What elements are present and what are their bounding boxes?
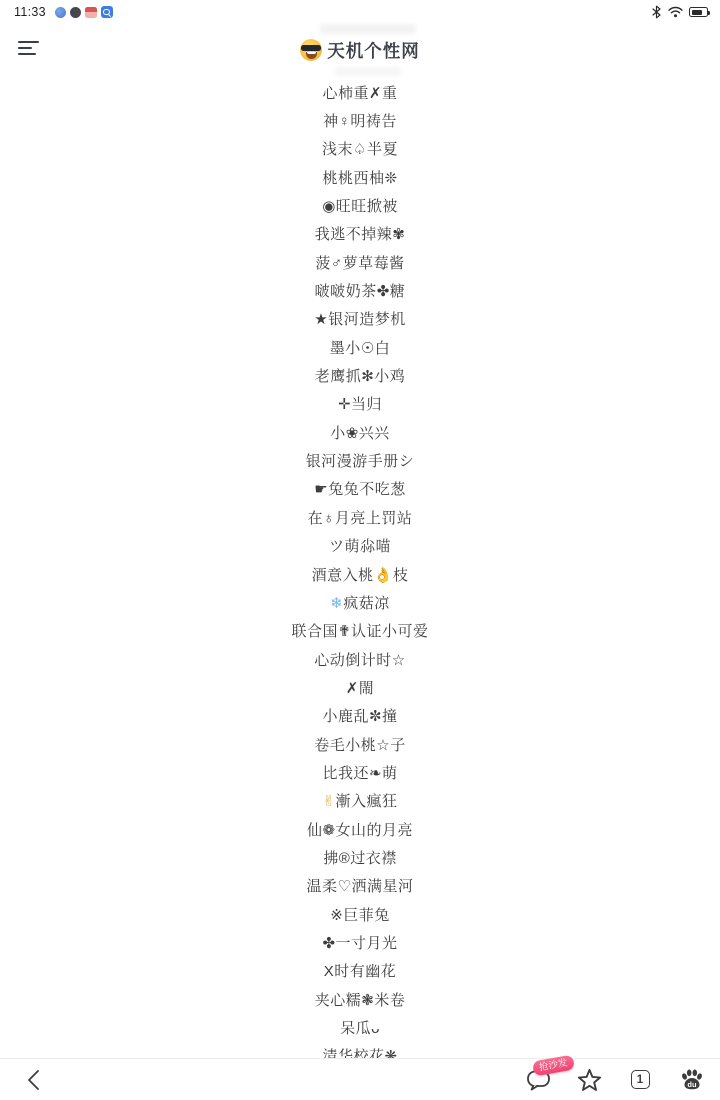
list-item: 比我还❧萌 bbox=[0, 758, 720, 786]
list-item: 卷毛小桃☆子 bbox=[0, 730, 720, 758]
nickname-link[interactable]: 银河漫游手册シ bbox=[306, 450, 415, 471]
faded-watermark bbox=[335, 67, 401, 76]
nickname-link[interactable]: X时有幽花 bbox=[324, 960, 397, 981]
list-item: ※巨菲兔 bbox=[0, 900, 720, 928]
list-item: X时有幽花 bbox=[0, 957, 720, 985]
blue-circle-app-icon bbox=[55, 7, 66, 18]
nickname-link[interactable]: ✤一寸月光 bbox=[322, 932, 397, 953]
site-title: 天机个性网 bbox=[327, 38, 420, 63]
list-item: 酒意入桃👌枝 bbox=[0, 560, 720, 588]
list-item: 温柔♡洒满星河 bbox=[0, 872, 720, 900]
nickname-list: 心柿重✗重神♀明祷告浅末♤半夏桃桃西柚❊◉旺旺掀被我逃不掉辣✾菠♂萝草莓酱啵啵奶… bbox=[0, 78, 720, 1070]
list-item: ✛当归 bbox=[0, 390, 720, 418]
nickname-link[interactable]: 菠♂萝草莓酱 bbox=[315, 252, 404, 273]
wifi-icon bbox=[668, 6, 683, 18]
list-item: 啵啵奶茶✤糖 bbox=[0, 276, 720, 304]
nickname-link[interactable]: ※巨菲兔 bbox=[330, 904, 390, 925]
list-item: ★银河造梦机 bbox=[0, 305, 720, 333]
nickname-link[interactable]: 小❀兴兴 bbox=[330, 422, 390, 443]
nickname-link[interactable]: 墨小☉白 bbox=[330, 337, 390, 358]
list-item: ✗閙 bbox=[0, 673, 720, 701]
nickname-link[interactable]: ☛兔兔不吃葱 bbox=[314, 478, 405, 499]
nickname-link[interactable]: ツ萌尛喵 bbox=[329, 535, 391, 556]
nickname-link[interactable]: 联合国✟认证小可爱 bbox=[291, 620, 428, 641]
nickname-link[interactable]: 心柿重✗重 bbox=[322, 82, 397, 103]
svg-text:du: du bbox=[687, 1080, 697, 1089]
nickname-link[interactable]: ★银河造梦机 bbox=[314, 308, 405, 329]
list-item: ✌漸入瘋狂 bbox=[0, 787, 720, 815]
status-bar: 11:33 bbox=[0, 0, 720, 22]
nickname-link[interactable]: 仙❁女山的月亮 bbox=[307, 819, 413, 840]
list-item: ❄疯菇凉 bbox=[0, 588, 720, 616]
nickname-link[interactable]: 在♁月亮上罚站 bbox=[308, 507, 413, 528]
clock: 11:33 bbox=[14, 5, 46, 19]
nickname-link[interactable]: ✌漸入瘋狂 bbox=[322, 790, 397, 811]
list-item: 小鹿乱✼撞 bbox=[0, 702, 720, 730]
nickname-link[interactable]: 拂®过衣襟 bbox=[323, 847, 397, 868]
nickname-link[interactable]: 啵啵奶茶✤糖 bbox=[315, 280, 406, 301]
notification-icons bbox=[55, 6, 113, 18]
list-item: 浅末♤半夏 bbox=[0, 135, 720, 163]
nickname-link[interactable]: 浅末♤半夏 bbox=[322, 138, 398, 159]
toolbar-actions: 抢沙发 1 du bbox=[525, 1067, 704, 1093]
list-item: 我逃不掉辣✾ bbox=[0, 220, 720, 248]
page-header: 天机个性网 bbox=[0, 22, 720, 78]
baidu-paw-icon: du bbox=[679, 1068, 704, 1092]
star-icon bbox=[577, 1068, 602, 1092]
nickname-link[interactable]: 呆瓜ᴗ bbox=[340, 1017, 380, 1038]
nickname-link[interactable]: 神♀明祷告 bbox=[323, 110, 397, 131]
nickname-link[interactable]: 温柔♡洒满星河 bbox=[307, 875, 414, 896]
list-item: 仙❁女山的月亮 bbox=[0, 815, 720, 843]
list-item: 银河漫游手册シ bbox=[0, 446, 720, 474]
nickname-link[interactable]: 夹心糯❃米卷 bbox=[315, 989, 406, 1010]
nickname-link[interactable]: 比我还❧萌 bbox=[322, 762, 397, 783]
list-item: 菠♂萝草莓酱 bbox=[0, 248, 720, 276]
sunglasses-emoji-icon bbox=[300, 39, 322, 61]
nickname-link[interactable]: 酒意入桃👌枝 bbox=[312, 564, 409, 585]
first-comment-badge: 抢沙发 bbox=[532, 1054, 575, 1076]
nickname-link[interactable]: 心动倒计时☆ bbox=[314, 649, 405, 670]
list-item: 老鹰抓✻小鸡 bbox=[0, 361, 720, 389]
nickname-link[interactable]: 老鹰抓✻小鸡 bbox=[315, 365, 406, 386]
nickname-link[interactable]: ◉旺旺掀被 bbox=[322, 195, 398, 216]
window-count: 1 bbox=[631, 1070, 650, 1089]
status-left: 11:33 bbox=[14, 5, 113, 19]
nickname-link[interactable]: 桃桃西柚❊ bbox=[322, 167, 397, 188]
comment-button[interactable]: 抢沙发 bbox=[525, 1067, 551, 1093]
baidu-home-button[interactable]: du bbox=[678, 1067, 704, 1093]
list-item: 心柿重✗重 bbox=[0, 78, 720, 106]
favorite-button[interactable] bbox=[576, 1067, 602, 1093]
faded-watermark bbox=[320, 24, 416, 34]
back-button[interactable] bbox=[20, 1067, 46, 1093]
list-item: 墨小☉白 bbox=[0, 333, 720, 361]
bottom-toolbar: 抢沙发 1 du bbox=[0, 1058, 720, 1100]
status-right bbox=[651, 5, 708, 19]
nickname-link[interactable]: ✛当归 bbox=[338, 393, 382, 414]
list-item: 夹心糯❃米卷 bbox=[0, 985, 720, 1013]
tabs-button[interactable]: 1 bbox=[627, 1067, 653, 1093]
red-card-app-icon bbox=[85, 7, 97, 18]
list-item: ツ萌尛喵 bbox=[0, 532, 720, 560]
battery-icon bbox=[689, 7, 708, 17]
list-item: 桃桃西柚❊ bbox=[0, 163, 720, 191]
list-item: ☛兔兔不吃葱 bbox=[0, 475, 720, 503]
list-item: 心动倒计时☆ bbox=[0, 645, 720, 673]
list-item: 联合国✟认证小可爱 bbox=[0, 617, 720, 645]
list-item: ✤一寸月光 bbox=[0, 928, 720, 956]
dark-circle-app-icon bbox=[70, 7, 81, 18]
list-item: ◉旺旺掀被 bbox=[0, 191, 720, 219]
list-item: 在♁月亮上罚站 bbox=[0, 503, 720, 531]
site-logo[interactable]: 天机个性网 bbox=[300, 38, 420, 63]
menu-button[interactable] bbox=[18, 39, 40, 57]
list-item: 呆瓜ᴗ bbox=[0, 1013, 720, 1041]
nickname-link[interactable]: ✗閙 bbox=[346, 677, 375, 698]
bluetooth-icon bbox=[651, 5, 662, 19]
list-item: 小❀兴兴 bbox=[0, 418, 720, 446]
screen: 11:33 bbox=[0, 0, 720, 1100]
nickname-link[interactable]: 卷毛小桃☆子 bbox=[314, 734, 405, 755]
search-app-icon bbox=[101, 6, 113, 18]
nickname-link[interactable]: ❄疯菇凉 bbox=[330, 592, 390, 613]
nickname-link[interactable]: 小鹿乱✼撞 bbox=[322, 705, 397, 726]
list-item: 神♀明祷告 bbox=[0, 106, 720, 134]
nickname-link[interactable]: 我逃不掉辣✾ bbox=[315, 223, 406, 244]
list-item: 拂®过衣襟 bbox=[0, 843, 720, 871]
